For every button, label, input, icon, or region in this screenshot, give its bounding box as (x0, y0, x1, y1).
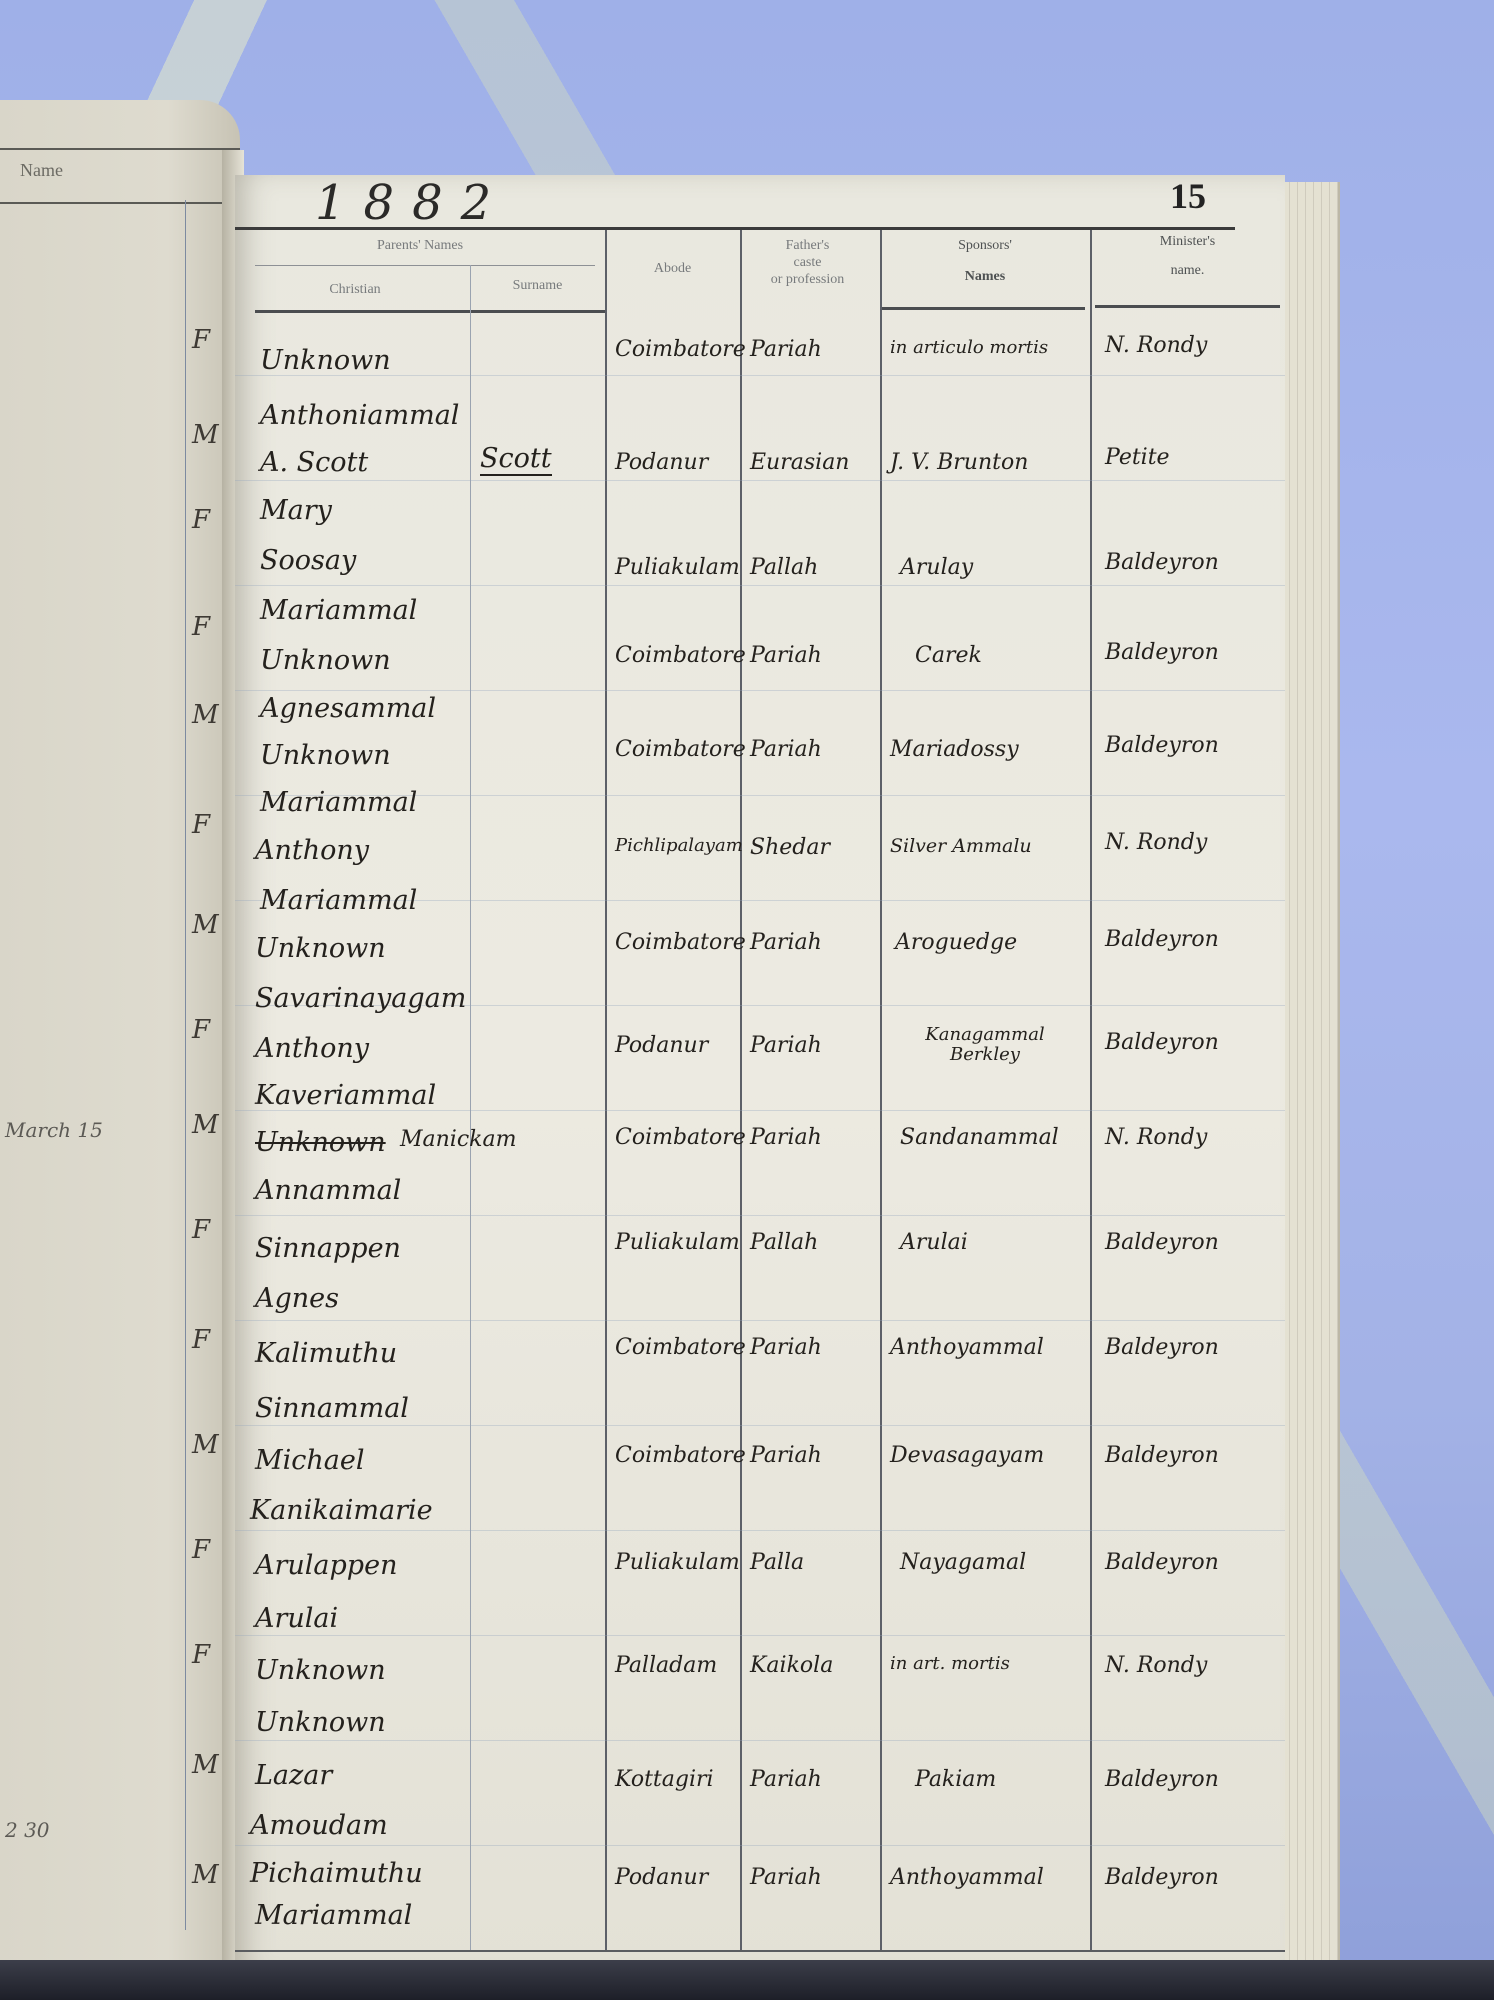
sex-mark: F (192, 1215, 210, 1245)
header-minister-line1: Minister's (1095, 233, 1280, 250)
ruling-line (235, 690, 1285, 691)
ruling-line (235, 1215, 1285, 1216)
header-parents-names: Parents' Names (295, 237, 545, 254)
sex-mark: M (192, 700, 219, 730)
header-bottom-rule-sponsors (880, 307, 1085, 310)
abode: Puliakulam (615, 555, 740, 580)
header-fathers-caste-line2: caste (740, 254, 875, 271)
sponsor: Anthoyammal (890, 1865, 1044, 1890)
ruling-line (235, 585, 1285, 586)
header-minister: Minister's name. (1095, 233, 1280, 279)
mother-name: Anthoniammal (260, 400, 459, 431)
minister: N. Rondy (1105, 1125, 1207, 1150)
sponsor: Kanagammal Berkley (890, 1025, 1080, 1065)
sponsor: Nayagamal (900, 1550, 1026, 1575)
divider-abode (605, 230, 607, 1950)
minister: N. Rondy (1105, 1653, 1207, 1678)
sponsor: Silver Ammalu (890, 835, 1032, 857)
abode: Coimbatore (615, 1125, 746, 1150)
left-page-header-rule (0, 202, 240, 204)
year-heading: 1882 (315, 175, 509, 231)
header-fathers-caste-line1: Father's (740, 237, 875, 254)
mother-name: Amoudam (250, 1810, 388, 1841)
minister: Baldeyron (1105, 1030, 1219, 1055)
caste: Pallah (750, 1230, 818, 1255)
header-surname: Surname (470, 277, 605, 294)
header-sponsors-line2: Names (880, 268, 1090, 285)
bottom-rule (235, 1950, 1285, 1952)
sex-mark: M (192, 1430, 219, 1460)
sex-mark: F (192, 1015, 210, 1045)
caste: Pariah (750, 1033, 822, 1058)
sponsor: Carek (915, 643, 982, 668)
father-name: A. Scott (260, 447, 368, 478)
ruling-line (235, 1845, 1285, 1846)
minister: Baldeyron (1105, 1550, 1219, 1575)
father-name: Sinnappen (255, 1233, 401, 1264)
sponsor: Devasagayam (890, 1443, 1044, 1468)
caste: Pariah (750, 930, 822, 955)
father-name: Arulappen (255, 1550, 397, 1581)
abode: Coimbatore (615, 930, 746, 955)
margin-note-time: 2 30 (5, 1818, 50, 1842)
minister: Baldeyron (1105, 550, 1219, 575)
ruling-line (235, 1530, 1285, 1531)
caste: Pariah (750, 1125, 822, 1150)
sponsor: Mariadossy (890, 737, 1019, 762)
abode: Coimbatore (615, 1443, 746, 1468)
abode: Coimbatore (615, 643, 746, 668)
divider-surname (470, 265, 471, 1950)
father-name-correction: Manickam (400, 1127, 516, 1152)
ruling-line (235, 480, 1285, 481)
father-name: Michael (255, 1445, 365, 1476)
caste: Kaikola (750, 1653, 833, 1678)
mother-name: Agnes (255, 1283, 339, 1314)
abode: Puliakulam (615, 1230, 740, 1255)
minister: Baldeyron (1105, 1335, 1219, 1360)
abode: Podanur (615, 1033, 708, 1058)
father-name: Kalimuthu (255, 1338, 397, 1369)
father-name-struck: Unknown (255, 1127, 386, 1158)
caste: Pallah (750, 555, 818, 580)
caste: Pariah (750, 643, 822, 668)
divider-minister (1090, 230, 1092, 1950)
sex-mark: M (192, 910, 219, 940)
caste: Eurasian (750, 450, 849, 475)
minister: Baldeyron (1105, 1767, 1219, 1792)
left-page-column-line (185, 200, 186, 1930)
father-name: Pichaimuthu (250, 1858, 423, 1889)
mother-name: Arulai (255, 1603, 338, 1634)
caste: Pariah (750, 1865, 822, 1890)
abode: Kottagiri (615, 1767, 714, 1792)
surname: Scott (480, 443, 552, 476)
mother-name: Mariammal (260, 595, 417, 626)
mother-name: Mariammal (260, 787, 417, 818)
caste: Pariah (750, 1767, 822, 1792)
sponsor: in articulo mortis (890, 337, 1048, 358)
header-sponsors-line1: Sponsors' (880, 237, 1090, 254)
abode: Coimbatore (615, 1335, 746, 1360)
mother-name: Sinnammal (255, 1393, 409, 1424)
caste: Pariah (750, 1443, 822, 1468)
minister: Baldeyron (1105, 640, 1219, 665)
left-page-header: Name (20, 160, 63, 181)
minister: Petite (1105, 445, 1170, 470)
abode: Palladam (615, 1653, 717, 1678)
minister: N. Rondy (1105, 333, 1207, 358)
header-christian: Christian (255, 281, 455, 298)
sex-mark: M (192, 1750, 219, 1780)
father-name: Unknown (260, 645, 391, 676)
ruling-line (235, 1425, 1285, 1426)
sex-mark: F (192, 505, 210, 535)
ruling-line (235, 375, 1285, 376)
caste: Palla (750, 1550, 804, 1575)
mother-name: Annammal (255, 1175, 401, 1206)
sex-mark: F (192, 325, 210, 355)
sponsor: Sandanammal (900, 1125, 1059, 1150)
caste: Pariah (750, 337, 822, 362)
page-number: 15 (1170, 175, 1206, 217)
minister: Baldeyron (1105, 1865, 1219, 1890)
header-abode: Abode (605, 260, 740, 277)
abode: Pichlipalayam (615, 835, 743, 856)
sponsor: J. V. Brunton (890, 450, 1028, 475)
minister: N. Rondy (1105, 830, 1207, 855)
father-name: Anthony (255, 1033, 369, 1064)
header-subrule (255, 265, 595, 266)
caste: Pariah (750, 1335, 822, 1360)
mother-name: Unknown (255, 1707, 386, 1738)
divider-sponsors (880, 230, 882, 1950)
header-bottom-rule-minister (1095, 305, 1280, 308)
bottom-shadow (0, 1960, 1494, 2000)
abode: Podanur (615, 450, 708, 475)
header-fathers-caste-line3: or profession (740, 271, 875, 288)
sex-mark: M (192, 1860, 219, 1890)
sex-mark: F (192, 1640, 210, 1670)
father-name: Lazar (255, 1760, 332, 1791)
father-name: Unknown (255, 933, 386, 964)
abode: Podanur (615, 1865, 708, 1890)
margin-note-date: March 15 (5, 1118, 103, 1142)
sponsor: in art. mortis (890, 1653, 1010, 1674)
mother-name: Mariammal (260, 885, 417, 916)
minister: Baldeyron (1105, 1443, 1219, 1468)
header-minister-line2: name. (1095, 262, 1280, 279)
sex-mark: F (192, 810, 210, 840)
register-page: 1882 15 Parents' Names Christian Surname… (235, 175, 1285, 1975)
father-name: Unknown (255, 1655, 386, 1686)
caste: Shedar (750, 835, 830, 860)
divider-caste (740, 230, 742, 1950)
ruling-line (235, 1635, 1285, 1636)
abode: Coimbatore (615, 337, 746, 362)
minister: Baldeyron (1105, 733, 1219, 758)
sponsor: Anthoyammal (890, 1335, 1044, 1360)
sponsor: Arulay (900, 555, 973, 580)
header-bottom-rule (255, 310, 605, 313)
top-rule (235, 227, 1235, 230)
mother-name: Agnesammal (260, 693, 436, 724)
sex-mark: F (192, 1535, 210, 1565)
mother-name: Mariammal (255, 1900, 412, 1931)
abode: Puliakulam (615, 1550, 740, 1575)
father-name: Anthony (255, 835, 369, 866)
sponsor: Pakiam (915, 1767, 996, 1792)
sponsor: Aroguedge (895, 930, 1017, 955)
header-fathers-caste: Father's caste or profession (740, 237, 875, 288)
minister: Baldeyron (1105, 927, 1219, 952)
sex-mark: M (192, 1110, 219, 1140)
sex-mark: F (192, 1325, 210, 1355)
mother-name: Mary (260, 495, 332, 526)
abode: Coimbatore (615, 737, 746, 762)
sex-mark: F (192, 612, 210, 642)
page-stack-edge (1282, 182, 1340, 1972)
header-sponsors: Sponsors' Names (880, 237, 1090, 285)
father-name: Soosay (260, 545, 356, 576)
ruling-line (235, 1740, 1285, 1741)
caste: Pariah (750, 737, 822, 762)
sex-mark: M (192, 420, 219, 450)
minister: Baldeyron (1105, 1230, 1219, 1255)
mother-name: Savarinayagam (255, 983, 466, 1014)
father-name: Unknown (260, 345, 391, 376)
left-page-top-rule (0, 148, 240, 150)
mother-name: Kanikaimarie (250, 1495, 433, 1526)
father-name: Unknown (260, 740, 391, 771)
ruling-line (235, 1320, 1285, 1321)
sponsor: Arulai (900, 1230, 968, 1255)
mother-name: Kaveriammal (255, 1080, 436, 1111)
